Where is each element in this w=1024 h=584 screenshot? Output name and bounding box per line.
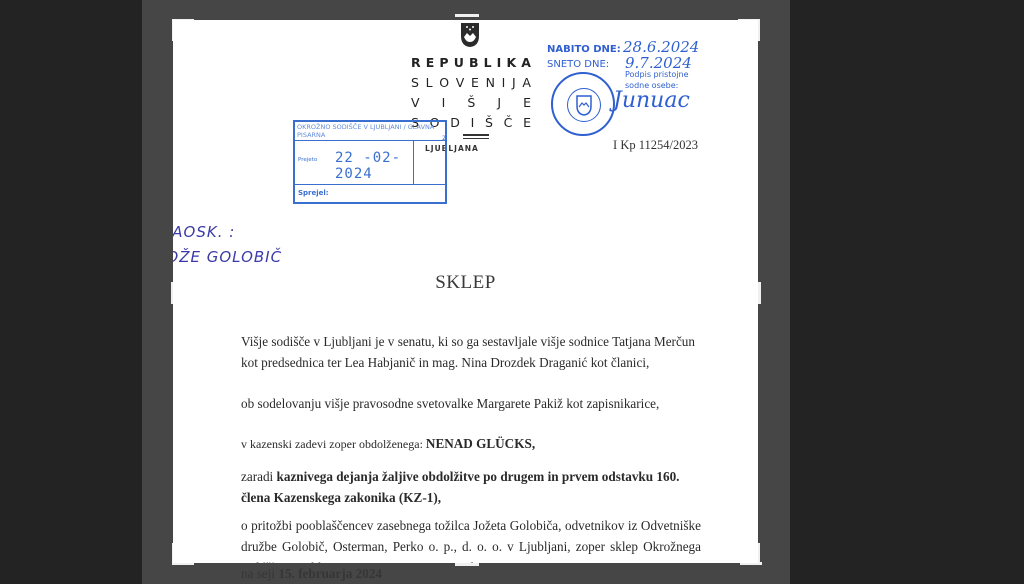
- header-republika: REPUBLIKA: [411, 55, 531, 70]
- stamp-court-name: OKROŽNO SODIŠČE V LJUBLJANI / GLAVNA PIS…: [297, 123, 445, 139]
- stamp-divider: [295, 184, 445, 185]
- nabito-label: NABITO DNE:: [547, 44, 621, 55]
- offence-suffix: ,: [438, 490, 441, 505]
- session-date: 15. februarja 2024: [278, 566, 382, 581]
- received-stamp: OKROŽNO SODIŠČE V LJUBLJANI / GLAVNA PIS…: [293, 120, 447, 204]
- crop-handle-bottom-center[interactable]: [455, 563, 479, 566]
- offence-description: kaznivega dejanja žaljive obdolžitve po …: [241, 469, 679, 505]
- paragraph-defendant: v kazenski zadevi zoper obdolženega: NEN…: [241, 433, 701, 455]
- defendant-suffix: ,: [532, 436, 535, 451]
- stamp-divider: [295, 140, 445, 141]
- session-prefix: na seji: [241, 566, 278, 581]
- header-slovenija: SLOVENIJA: [411, 75, 531, 90]
- header-divider: [463, 138, 489, 139]
- paragraph-senate: Višje sodišče v Ljubljani je v senatu, k…: [241, 331, 701, 373]
- crop-handle-top-center[interactable]: [455, 14, 479, 17]
- sneto-label: SNETO DNE:: [547, 59, 609, 70]
- header-visje: VIŠJE: [411, 95, 531, 110]
- seal-crest-icon: [567, 88, 601, 122]
- handwritten-note-line1: ZAOSK. :: [173, 223, 235, 241]
- handwritten-note-line2: JOŽE GOLOBIČ: [173, 248, 282, 266]
- paragraph-clerk: ob sodelovanju višje pravosodne svetoval…: [241, 393, 701, 414]
- offence-prefix: zaradi: [241, 469, 277, 484]
- paragraph-session-date: na seji 15. februarja 2024: [241, 566, 382, 582]
- document-page: REPUBLIKA SLOVENIJA VIŠJE SODIŠČE LJUBLJ…: [173, 20, 758, 563]
- paragraph-offence: zaradi kaznivega dejanja žaljive obdolži…: [241, 466, 701, 508]
- document-title: SKLEP: [173, 272, 758, 294]
- signature: Junuac: [613, 88, 690, 113]
- slovenian-coat-of-arms-icon: [459, 22, 481, 48]
- case-number: I Kp 11254/2023: [613, 138, 698, 153]
- stamp-prejeto-label: Prejeto: [298, 157, 317, 163]
- stamp-sprejel-label: Sprejel:: [298, 189, 329, 197]
- defendant-name: NENAD GLÜCKS: [426, 436, 532, 451]
- court-seal: [551, 72, 615, 136]
- signature-label-line1: Podpis pristojne: [625, 69, 689, 80]
- stamp-received-date: 22 -02- 2024: [335, 150, 445, 182]
- crop-handle-right-center[interactable]: [758, 282, 761, 304]
- header-divider: [463, 134, 489, 136]
- paragraph-appeal: o pritožbi pooblaščencev zasebnega tožil…: [241, 515, 701, 563]
- defendant-prefix: v kazenski zadevi zoper obdolženega:: [241, 437, 426, 451]
